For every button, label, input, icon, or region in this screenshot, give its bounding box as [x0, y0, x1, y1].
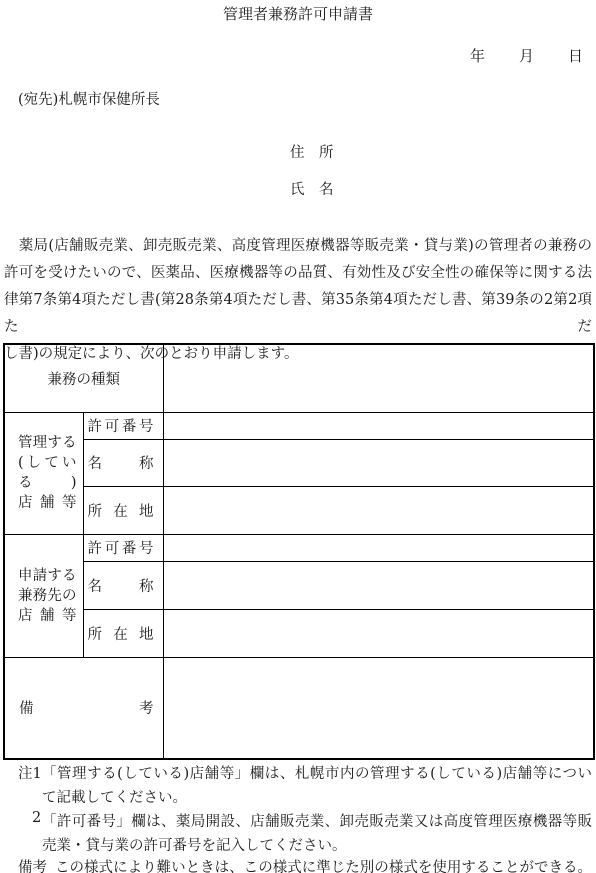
table-row: 所在地 [4, 609, 594, 657]
table-row: 名称 [4, 561, 594, 609]
field-value-g2-permit-number [163, 534, 594, 561]
application-form-page: 管理者兼務許可申請書 年 月 日 (宛先)札幌市保健所長 住 所 氏 名 薬局(… [0, 0, 596, 873]
note-biko-text: この様式により難いときは、この様式に準じた別の様式を使用することができる。 [55, 856, 592, 873]
field-label-g2-location: 所在地 [83, 609, 163, 657]
field-value-g1-permit-number [163, 412, 594, 439]
field-label-g1-name: 名称 [83, 439, 163, 486]
field-value-g2-name [163, 561, 594, 609]
group-label-applied-stores: 申請する 兼務先の 店舗等 [4, 534, 83, 657]
field-value-remarks [163, 657, 594, 759]
table-row: 兼務の種類 [4, 344, 594, 412]
field-value-g1-name [163, 439, 594, 486]
field-label-g2-permit-number: 許可番号 [83, 534, 163, 561]
field-value-kenmu-type [163, 344, 594, 412]
field-label-g1-location: 所在地 [83, 486, 163, 534]
note-1-text: 「管理する(している)店舗等」欄は、札幌市内の管理する(している)店舗等につい … [42, 762, 592, 810]
name-label: 氏 名 [290, 178, 334, 199]
application-form-table: 兼務の種類 管理する (している) 店舗等 許可番号 名称 所在地 申請する 兼… [3, 343, 595, 760]
date-day-label: 日 [568, 45, 583, 66]
addressee: (宛先)札幌市保健所長 [18, 88, 160, 109]
table-row: 備考 [4, 657, 594, 759]
date-year-label: 年 [470, 45, 485, 66]
page-title: 管理者兼務許可申請書 [0, 3, 596, 24]
table-row: 管理する (している) 店舗等 許可番号 [4, 412, 594, 439]
note-2-text: 「許可番号」欄は、薬局開設、店舗販売業、卸売販売業又は高度管理医療機器等販 売業… [42, 810, 592, 858]
field-value-g2-location [163, 609, 594, 657]
note-1-marker: 注1 [18, 762, 42, 783]
address-label: 住 所 [290, 141, 334, 162]
statement-line: 許可を受けたいので、医薬品、医療機器等の品質、有効性及び安全性の確保等に関する法 [4, 260, 592, 287]
note-2-marker: 2 [32, 810, 41, 826]
field-label-remarks: 備考 [4, 657, 163, 759]
field-value-g1-location [163, 486, 594, 534]
statement-line: 薬局(店舗販売業、卸売販売業、高度管理医療機器等販売業・貸与業)の管理者の兼務の [4, 233, 592, 260]
group-label-managed-stores: 管理する (している) 店舗等 [4, 412, 83, 534]
field-label-g1-permit-number: 許可番号 [83, 412, 163, 439]
note-biko-marker: 備考 [18, 856, 47, 873]
table-row: 所在地 [4, 486, 594, 534]
date-month-label: 月 [519, 45, 534, 66]
date-line: 年 月 日 [470, 45, 583, 66]
table-row: 申請する 兼務先の 店舗等 許可番号 [4, 534, 594, 561]
field-label-g2-name: 名称 [83, 561, 163, 609]
table-row: 名称 [4, 439, 594, 486]
field-label-kenmu-type: 兼務の種類 [4, 344, 163, 412]
statement-line: 律第7条第4項ただし書(第28条第4項ただし書、第35条第4項ただし書、第39条… [4, 287, 592, 341]
